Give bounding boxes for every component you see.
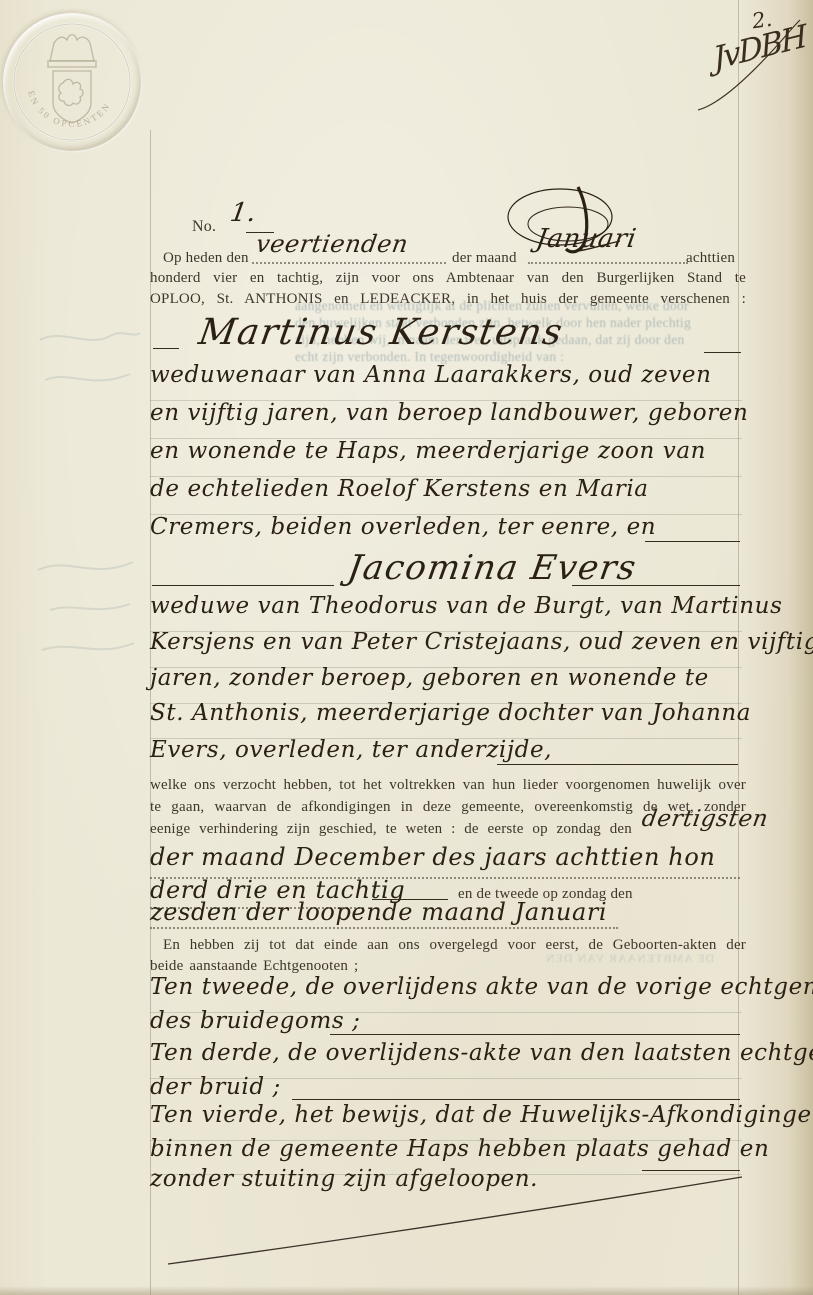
diagonal-void-line (0, 0, 813, 1295)
marriage-certificate-page: EN 50 OPCENTEN 2. JvDBH No. 1. Op heden … (0, 0, 813, 1295)
